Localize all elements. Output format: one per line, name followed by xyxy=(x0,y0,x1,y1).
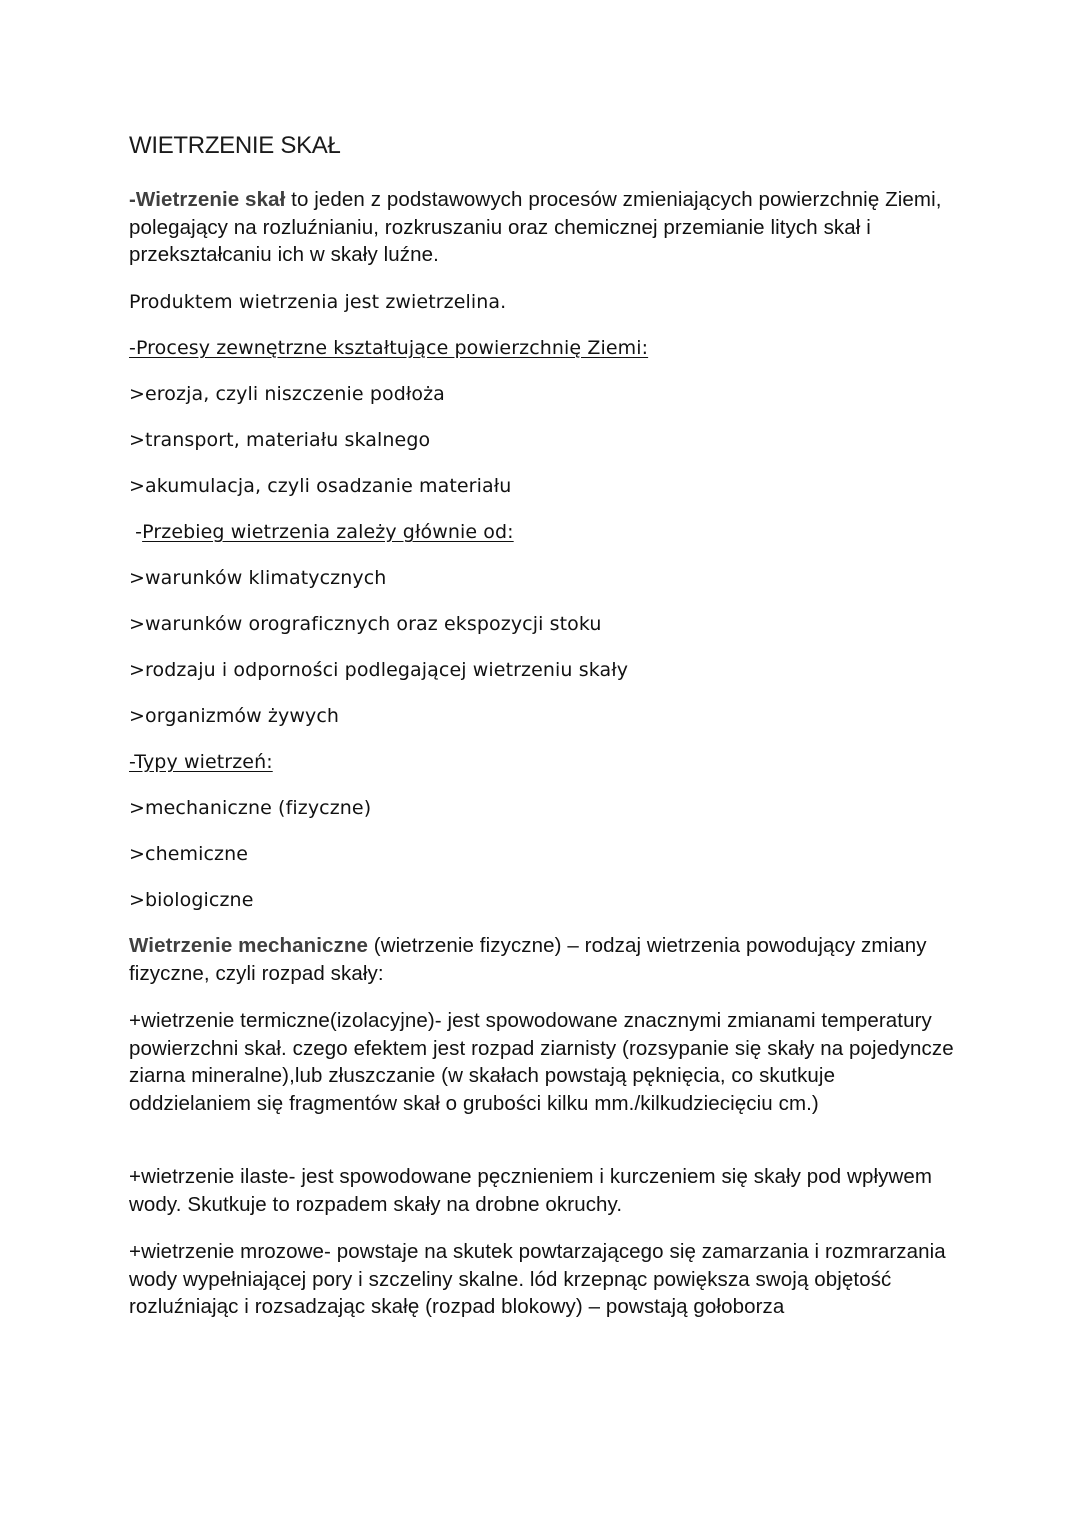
list-item: >biologiczne xyxy=(129,888,253,912)
list-item: >warunków klimatycznych xyxy=(129,566,386,590)
list-item: >organizmów żywych xyxy=(129,704,339,728)
intro-paragraph: -Wietrzenie skał to jeden z podstawowych… xyxy=(129,186,959,269)
list-item: >erozja, czyli niszczenie podłoża xyxy=(129,382,445,406)
mechanical-paragraph: Wietrzenie mechaniczne (wietrzenie fizyc… xyxy=(129,932,959,987)
list-item: >chemiczne xyxy=(129,842,248,866)
list-item: >transport, materiału skalnego xyxy=(129,428,430,452)
clay-weathering-paragraph: +wietrzenie ilaste- jest spowodowane pęc… xyxy=(129,1163,959,1218)
list-item: >mechaniczne (fizyczne) xyxy=(129,796,371,820)
mechanical-term: Wietrzenie mechaniczne xyxy=(129,934,368,957)
thermal-weathering-paragraph: +wietrzenie termiczne(izolacyjne)- jest … xyxy=(129,1007,959,1117)
frost-weathering-paragraph: +wietrzenie mrozowe- powstaje na skutek … xyxy=(129,1238,959,1321)
external-processes-heading: -Procesy zewnętrzne kształtujące powierz… xyxy=(129,336,648,360)
types-heading: -Typy wietrzeń: xyxy=(129,750,273,774)
intro-term: -Wietrzenie skał xyxy=(129,188,285,211)
list-item: >akumulacja, czyli osadzanie materiału xyxy=(129,474,511,498)
list-item: >warunków orograficznych oraz ekspozycji… xyxy=(129,612,602,636)
dependence-heading: -Przebieg wietrzenia zależy głównie od: xyxy=(129,520,514,544)
document-title: WIETRZENIE SKAŁ xyxy=(129,132,341,160)
dependence-heading-text: Przebieg wietrzenia zależy głównie od: xyxy=(142,521,514,543)
list-item: >rodzaju i odporności podlegającej wietr… xyxy=(129,658,628,682)
dependence-prefix: - xyxy=(129,521,142,543)
product-sentence: Produktem wietrzenia jest zwietrzelina. xyxy=(129,290,506,314)
